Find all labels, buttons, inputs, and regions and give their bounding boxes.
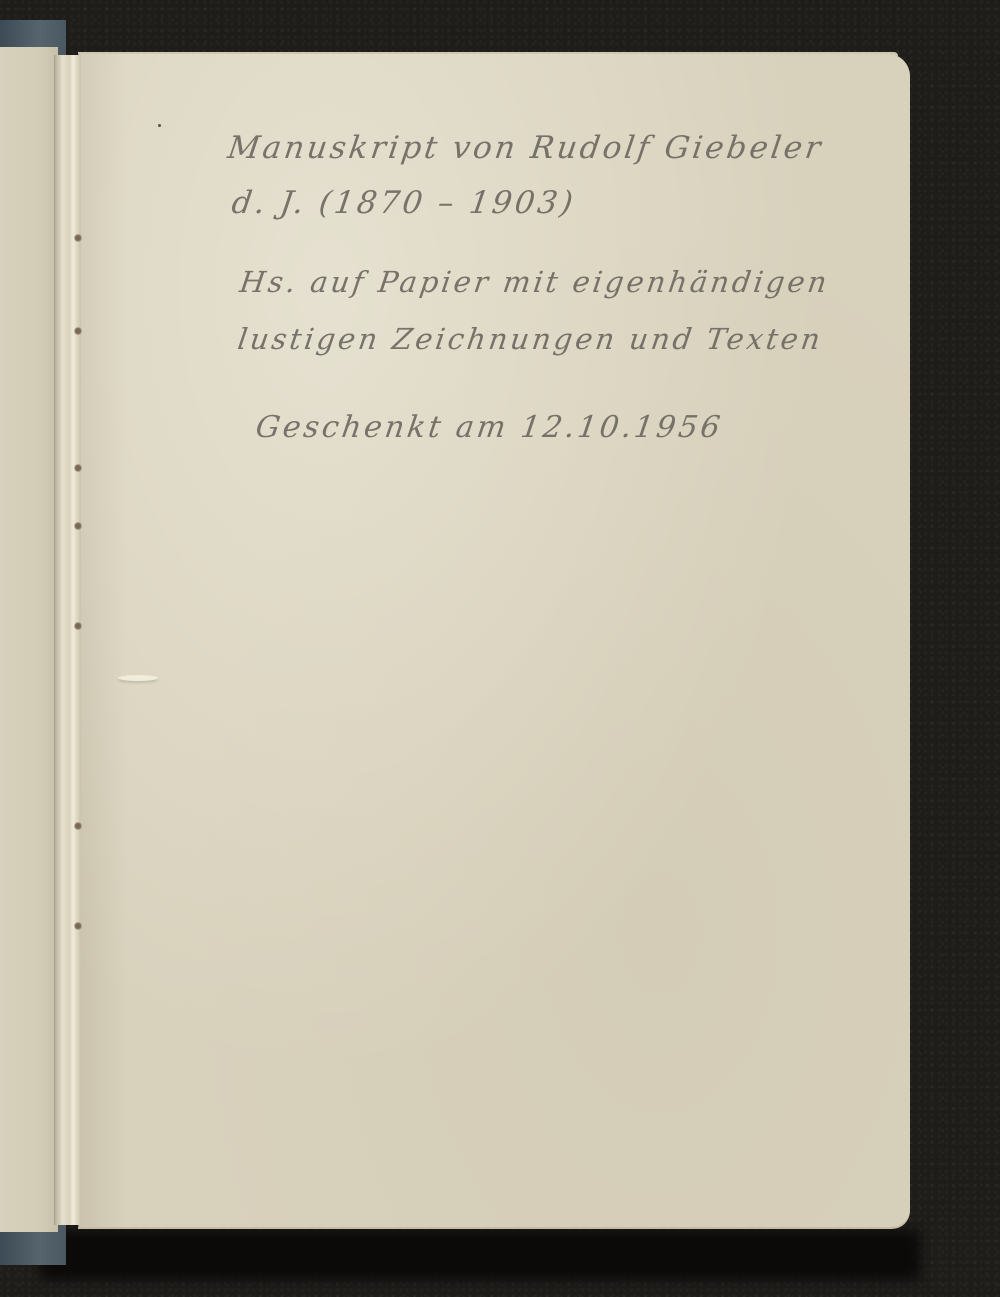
binding-stitch xyxy=(74,520,82,532)
pencil-dot xyxy=(158,124,161,127)
binding-stitch xyxy=(74,462,82,474)
inscription-description-line-1: Hs. auf Papier mit eigenhändigen xyxy=(238,265,832,299)
inscription-description-line-2: lustigen Zeichnungen und Texten xyxy=(236,322,826,356)
left-pastedown xyxy=(0,47,58,1232)
inscription-dates-line: d. J. (1870 – 1903) xyxy=(229,185,578,221)
spine-gutter xyxy=(54,55,81,1225)
manuscript-page xyxy=(78,54,910,1227)
inscription-gift-date-line: Geschenkt am 12.10.1956 xyxy=(254,410,726,445)
binding-stitch xyxy=(74,232,82,244)
binding-stitch xyxy=(74,820,82,832)
binding-stitch xyxy=(74,920,82,932)
book-shadow xyxy=(40,1230,920,1280)
paper-crease xyxy=(118,675,158,681)
binding-stitch xyxy=(74,620,82,632)
inscription-title-line: Manuskript von Rudolf Giebeler xyxy=(225,130,825,166)
binding-stitch xyxy=(74,325,82,337)
